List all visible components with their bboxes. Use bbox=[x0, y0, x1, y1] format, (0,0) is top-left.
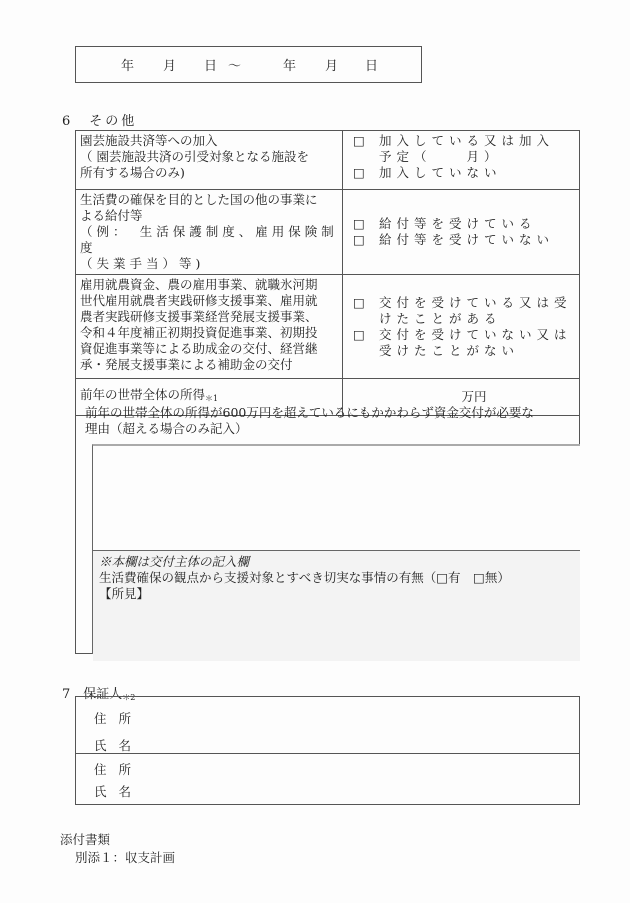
checkbox-icon[interactable]: □ bbox=[353, 232, 379, 248]
reason-label-cont: 理由（超える場合のみ記入） bbox=[85, 421, 534, 437]
official-note: ※本欄は交付主体の記入欄 bbox=[99, 554, 574, 570]
option-receiving[interactable]: □ 給付等を受けている bbox=[353, 216, 575, 232]
address-label: 住所 bbox=[94, 760, 143, 778]
text-line: 承・発展支援事業による補助金の交付 bbox=[80, 357, 338, 373]
checkbox-icon[interactable]: □ bbox=[353, 216, 379, 232]
text-line: （ 園芸施設共済の引受対象となる施設を bbox=[80, 149, 338, 165]
option-not-received[interactable]: □ 交付を受けていない又は bbox=[353, 327, 575, 343]
period-box: 年 月 日 〜 年 月 日 bbox=[75, 46, 422, 83]
option-not-joined[interactable]: □ 加入していない bbox=[353, 165, 575, 181]
subsidies-options: □ 交付を受けている又は受 けたことがある □ 交付を受けていない又は 受けたこ… bbox=[343, 275, 580, 379]
guarantor-1: 住所 氏名 bbox=[75, 696, 580, 754]
official-use-area: ※本欄は交付主体の記入欄 生活費確保の観点から支援対象とすべき切実な事情の有無（… bbox=[93, 551, 580, 661]
insurance-label: 園芸施設共済等への加入 （ 園芸施設共済の引受対象となる施設を 所有する場合のみ… bbox=[76, 131, 343, 190]
day-label: 日 bbox=[365, 55, 378, 74]
income-label-text: 前年の世帯全体の所得 bbox=[80, 387, 205, 402]
text-line: （例： 生活保護制度、雇用保険制度 bbox=[80, 224, 338, 256]
official-opinion-label: 【所見】 bbox=[99, 586, 574, 602]
benefits-label: 生活費の確保を目的とした国の他の事業に よる給付等 （例： 生活保護制度、雇用保… bbox=[76, 190, 343, 275]
text-line: 所有する場合のみ) bbox=[80, 165, 338, 181]
checkbox-icon[interactable]: □ bbox=[353, 327, 379, 343]
option-joined[interactable]: □ 加入している又は加入 bbox=[353, 133, 575, 149]
option-label: 加入している又は加入 bbox=[379, 133, 554, 149]
text-line: 世代雇用就農者実践研修支援事業、雇用就 bbox=[80, 293, 338, 309]
official-question: 生活費確保の観点から支援対象とすべき切実な事情の有無（□有 □無） bbox=[99, 570, 574, 586]
subsidies-label: 雇用就農資金、農の雇用事業、就職氷河期 世代雇用就農者実践研修支援事業、雇用就 … bbox=[76, 275, 343, 379]
year-label: 年 bbox=[283, 55, 296, 74]
option-label-cont: けたことがある bbox=[353, 311, 575, 327]
text-line: 農者実践研修支援事業経営発展支援事業、 bbox=[80, 309, 338, 325]
month-label: 月 bbox=[325, 55, 338, 74]
checkbox-icon[interactable]: □ bbox=[353, 295, 379, 311]
insurance-options: □ 加入している又は加入 予定（ 月） □ 加入していない bbox=[343, 131, 580, 190]
row-benefits: 生活費の確保を目的とした国の他の事業に よる給付等 （例： 生活保護制度、雇用保… bbox=[76, 190, 580, 275]
text-line: 雇用就農資金、農の雇用事業、就職氷河期 bbox=[80, 277, 338, 293]
text-line: 園芸施設共済等への加入 bbox=[80, 133, 338, 149]
option-label-cont: 予定（ 月） bbox=[353, 149, 575, 165]
year-label: 年 bbox=[121, 55, 134, 74]
option-label-cont: 受けたことがない bbox=[353, 343, 575, 359]
attachment-item: 別添１：収支計画 bbox=[75, 848, 175, 866]
text-line: 生活費の確保を目的とした国の他の事業に bbox=[80, 192, 338, 208]
text-line: よる給付等 bbox=[80, 208, 338, 224]
reason-label: 前年の世帯全体の所得が600万円を超えているにもかかわらず資金交付が必要な bbox=[85, 405, 534, 421]
text-line: （失業手当）等) bbox=[80, 256, 338, 272]
name-label: 氏名 bbox=[94, 736, 143, 754]
tilde: 〜 bbox=[228, 55, 241, 74]
month-label: 月 bbox=[163, 55, 176, 74]
section-6-title: 6 その他 bbox=[62, 110, 137, 129]
guarantor-2: 住所 氏名 bbox=[75, 753, 580, 805]
text-line: 資促進事業等による助成金の交付、経営継 bbox=[80, 341, 338, 357]
row-subsidies: 雇用就農資金、農の雇用事業、就職氷河期 世代雇用就農者実践研修支援事業、雇用就 … bbox=[76, 275, 580, 379]
option-received[interactable]: □ 交付を受けている又は受 bbox=[353, 295, 575, 311]
attachments-title: 添付書類 bbox=[60, 830, 110, 848]
checkbox-icon[interactable]: □ bbox=[353, 133, 379, 149]
option-label: 交付を受けている又は受 bbox=[379, 295, 572, 311]
option-label: 加入していない bbox=[379, 165, 502, 181]
option-label: 給付等を受けている bbox=[379, 216, 537, 232]
address-label: 住所 bbox=[94, 709, 143, 727]
day-label: 日 bbox=[204, 55, 217, 74]
name-label: 氏名 bbox=[94, 782, 143, 800]
benefits-options: □ 給付等を受けている □ 給付等を受けていない bbox=[343, 190, 580, 275]
option-label: 交付を受けていない又は bbox=[379, 327, 572, 343]
section-6-table: 園芸施設共済等への加入 （ 園芸施設共済の引受対象となる施設を 所有する場合のみ… bbox=[75, 130, 580, 416]
reason-input-area[interactable] bbox=[93, 446, 580, 551]
checkbox-icon[interactable]: □ bbox=[353, 165, 379, 181]
row-insurance: 園芸施設共済等への加入 （ 園芸施設共済の引受対象となる施設を 所有する場合のみ… bbox=[76, 131, 580, 190]
reason-inner-box: ※本欄は交付主体の記入欄 生活費確保の観点から支援対象とすべき切実な事情の有無（… bbox=[92, 444, 580, 654]
option-label: 給付等を受けていない bbox=[379, 232, 554, 248]
text-line: 令和４年度補正初期投資促進事業、初期投 bbox=[80, 325, 338, 341]
option-not-receiving[interactable]: □ 給付等を受けていない bbox=[353, 232, 575, 248]
